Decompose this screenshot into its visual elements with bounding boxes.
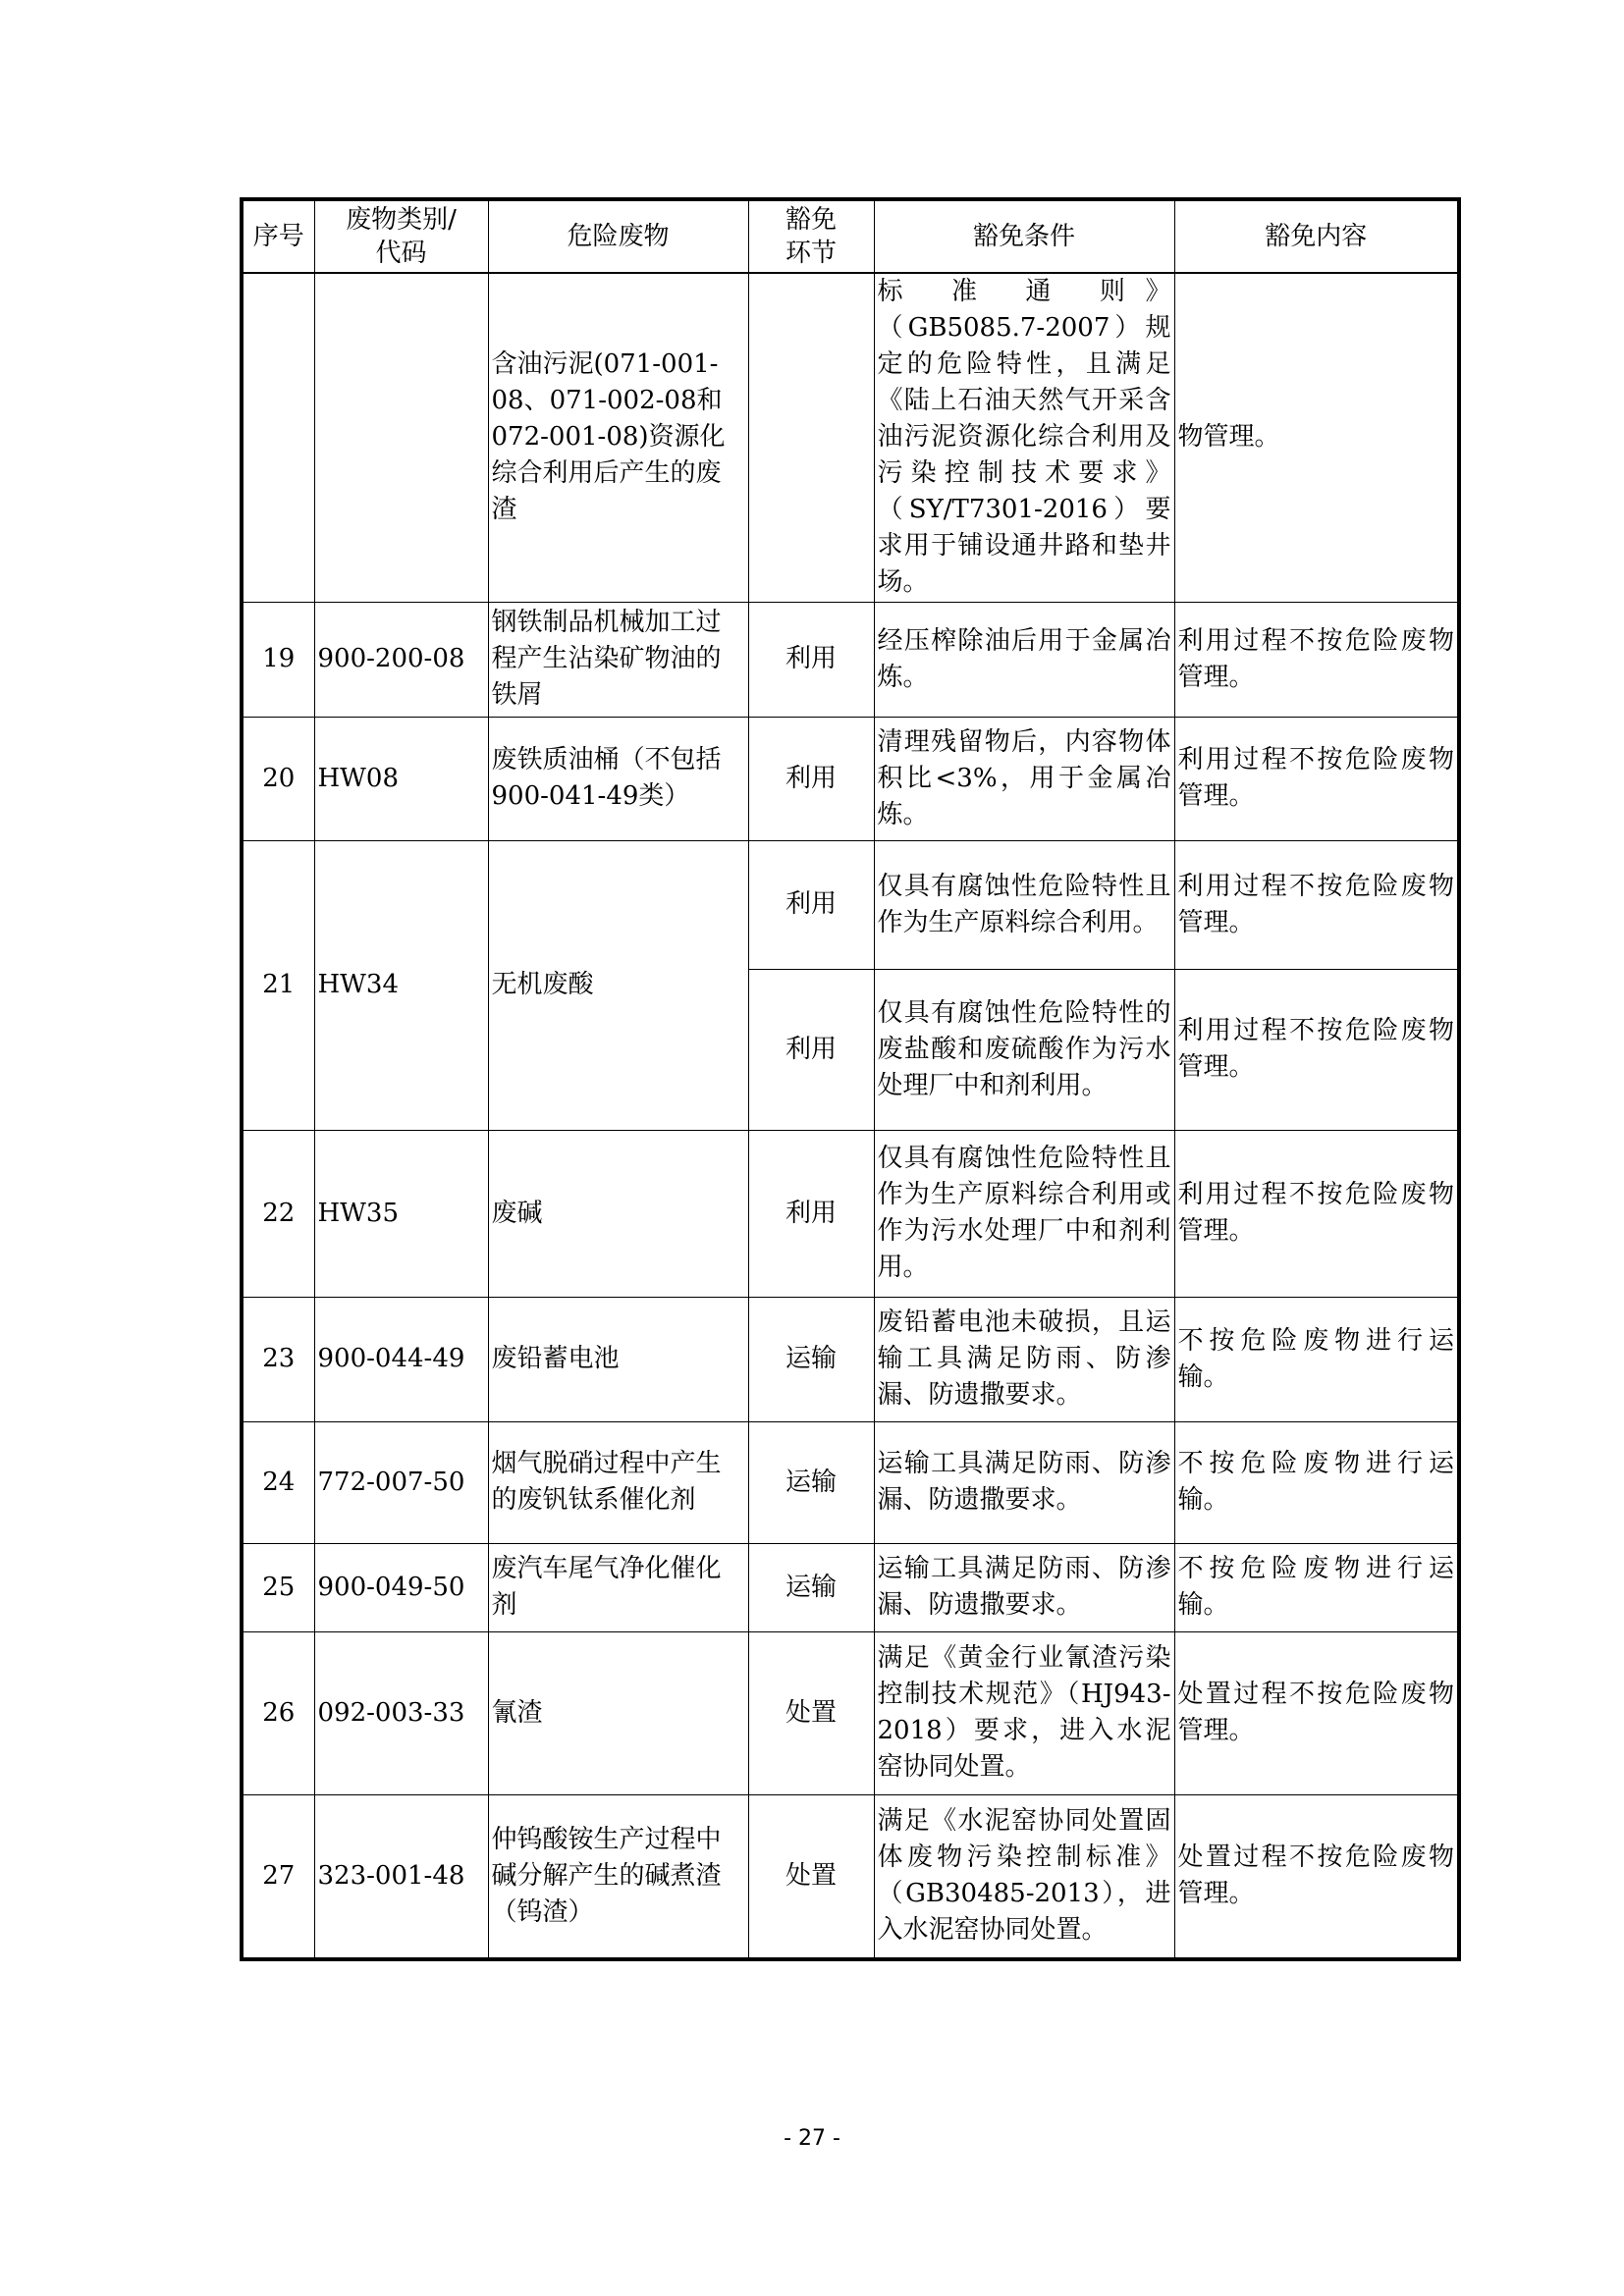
cell-condition: 满足《水泥窑协同处置固体废物污染控制标准》（GB30485-2013），进入水泥… (874, 1794, 1174, 1959)
table-row: 含油污泥(071-001-08、071-002-08和072-001-08)资源… (242, 273, 1459, 602)
cell-code: HW35 (314, 1130, 488, 1297)
cell-waste: 氰渣 (488, 1631, 748, 1794)
table-row: 20 HW08 废铁质油桶（不包括900-041-49类） 利用 清理残留物后，… (242, 717, 1459, 840)
cell-content: 利用过程不按危险废物管理。 (1174, 602, 1459, 717)
cell-stage: 运输 (748, 1421, 874, 1543)
table-row: 19 900-200-08 钢铁制品机械加工过程产生沾染矿物油的铁屑 利用 经压… (242, 602, 1459, 717)
cell-content: 利用过程不按危险废物管理。 (1174, 717, 1459, 840)
cell-content: 不按危险废物进行运输。 (1174, 1543, 1459, 1631)
cell-no: 22 (242, 1130, 314, 1297)
cell-waste: 钢铁制品机械加工过程产生沾染矿物油的铁屑 (488, 602, 748, 717)
cell-waste: 废碱 (488, 1130, 748, 1297)
cell-condition: 清理残留物后，内容物体积比<3%，用于金属冶炼。 (874, 717, 1174, 840)
cell-content: 利用过程不按危险废物管理。 (1174, 840, 1459, 969)
cell-stage: 利用 (748, 602, 874, 717)
cell-stage: 处置 (748, 1794, 874, 1959)
cell-code: 900-200-08 (314, 602, 488, 717)
table-row: 27 323-001-48 仲钨酸铵生产过程中碱分解产生的碱煮渣（钨渣） 处置 … (242, 1794, 1459, 1959)
cell-content: 处置过程不按危险废物管理。 (1174, 1794, 1459, 1959)
cell-content: 不按危险废物进行运输。 (1174, 1421, 1459, 1543)
cell-code: 772-007-50 (314, 1421, 488, 1543)
cell-stage: 运输 (748, 1543, 874, 1631)
table-row: 25 900-049-50 废汽车尾气净化催化剂 运输 运输工具满足防雨、防渗漏… (242, 1543, 1459, 1631)
cell-no: 24 (242, 1421, 314, 1543)
cell-condition: 仅具有腐蚀性危险特性且作为生产原料综合利用或作为污水处理厂中和剂利用。 (874, 1130, 1174, 1297)
page-number: - 27 - (0, 2126, 1624, 2151)
header-no: 序号 (242, 199, 314, 273)
cell-no: 26 (242, 1631, 314, 1794)
cell-code: 900-049-50 (314, 1543, 488, 1631)
cell-no: 25 (242, 1543, 314, 1631)
header-code: 废物类别/代码 (314, 199, 488, 273)
header-waste: 危险废物 (488, 199, 748, 273)
cell-code: HW08 (314, 717, 488, 840)
cell-waste: 废铅蓄电池 (488, 1297, 748, 1421)
cell-stage: 利用 (748, 969, 874, 1130)
cell-condition: 经压榨除油后用于金属冶炼。 (874, 602, 1174, 717)
cell-waste: 废汽车尾气净化催化剂 (488, 1543, 748, 1631)
cell-stage: 利用 (748, 840, 874, 969)
cell-condition: 仅具有腐蚀性危险特性的废盐酸和废硫酸作为污水处理厂中和剂利用。 (874, 969, 1174, 1130)
table-row: 22 HW35 废碱 利用 仅具有腐蚀性危险特性且作为生产原料综合利用或作为污水… (242, 1130, 1459, 1297)
cell-content: 不按危险废物进行运输。 (1174, 1297, 1459, 1421)
cell-waste: 含油污泥(071-001-08、071-002-08和072-001-08)资源… (488, 273, 748, 602)
table-row: 24 772-007-50 烟气脱硝过程中产生的废钒钛系催化剂 运输 运输工具满… (242, 1421, 1459, 1543)
cell-waste: 仲钨酸铵生产过程中碱分解产生的碱煮渣（钨渣） (488, 1794, 748, 1959)
header-content: 豁免内容 (1174, 199, 1459, 273)
cell-condition: 运输工具满足防雨、防渗漏、防遗撒要求。 (874, 1421, 1174, 1543)
cell-code: 323-001-48 (314, 1794, 488, 1959)
cell-stage: 利用 (748, 1130, 874, 1297)
cell-no: 19 (242, 602, 314, 717)
cell-no: 27 (242, 1794, 314, 1959)
table-row: 21 HW34 无机废酸 利用 仅具有腐蚀性危险特性且作为生产原料综合利用。 利… (242, 840, 1459, 969)
cell-no: 21 (242, 840, 314, 1130)
cell-condition: 仅具有腐蚀性危险特性且作为生产原料综合利用。 (874, 840, 1174, 969)
cell-content: 利用过程不按危险废物管理。 (1174, 1130, 1459, 1297)
cell-condition: 标 准 通 则》（GB5085.7-2007）规定的危险特性，且满足《陆上石油天… (874, 273, 1174, 602)
cell-no: 20 (242, 717, 314, 840)
cell-code (314, 273, 488, 602)
cell-stage: 运输 (748, 1297, 874, 1421)
header-stage: 豁免环节 (748, 199, 874, 273)
table-row: 23 900-044-49 废铅蓄电池 运输 废铅蓄电池未破损，且运输工具满足防… (242, 1297, 1459, 1421)
cell-condition: 运输工具满足防雨、防渗漏、防遗撒要求。 (874, 1543, 1174, 1631)
cell-stage: 利用 (748, 717, 874, 840)
cell-content: 利用过程不按危险废物管理。 (1174, 969, 1459, 1130)
cell-stage (748, 273, 874, 602)
table-row: 26 092-003-33 氰渣 处置 满足《黄金行业氰渣污染控制技术规范》（H… (242, 1631, 1459, 1794)
cell-waste: 无机废酸 (488, 840, 748, 1130)
cell-no (242, 273, 314, 602)
hazardous-waste-exemption-table: 序号 废物类别/代码 危险废物 豁免环节 豁免条件 豁免内容 含油污泥(071-… (240, 197, 1461, 1961)
cell-code: HW34 (314, 840, 488, 1130)
cell-waste: 废铁质油桶（不包括900-041-49类） (488, 717, 748, 840)
cell-stage: 处置 (748, 1631, 874, 1794)
table-header-row: 序号 废物类别/代码 危险废物 豁免环节 豁免条件 豁免内容 (242, 199, 1459, 273)
cell-condition: 废铅蓄电池未破损，且运输工具满足防雨、防渗漏、防遗撒要求。 (874, 1297, 1174, 1421)
cell-condition: 满足《黄金行业氰渣污染控制技术规范》（HJ943-2018）要求，进入水泥窑协同… (874, 1631, 1174, 1794)
cell-content: 处置过程不按危险废物管理。 (1174, 1631, 1459, 1794)
cell-code: 900-044-49 (314, 1297, 488, 1421)
document-page: 序号 废物类别/代码 危险废物 豁免环节 豁免条件 豁免内容 含油污泥(071-… (0, 0, 1624, 2296)
cell-no: 23 (242, 1297, 314, 1421)
cell-code: 092-003-33 (314, 1631, 488, 1794)
header-condition: 豁免条件 (874, 199, 1174, 273)
cell-content: 物管理。 (1174, 273, 1459, 602)
cell-waste: 烟气脱硝过程中产生的废钒钛系催化剂 (488, 1421, 748, 1543)
